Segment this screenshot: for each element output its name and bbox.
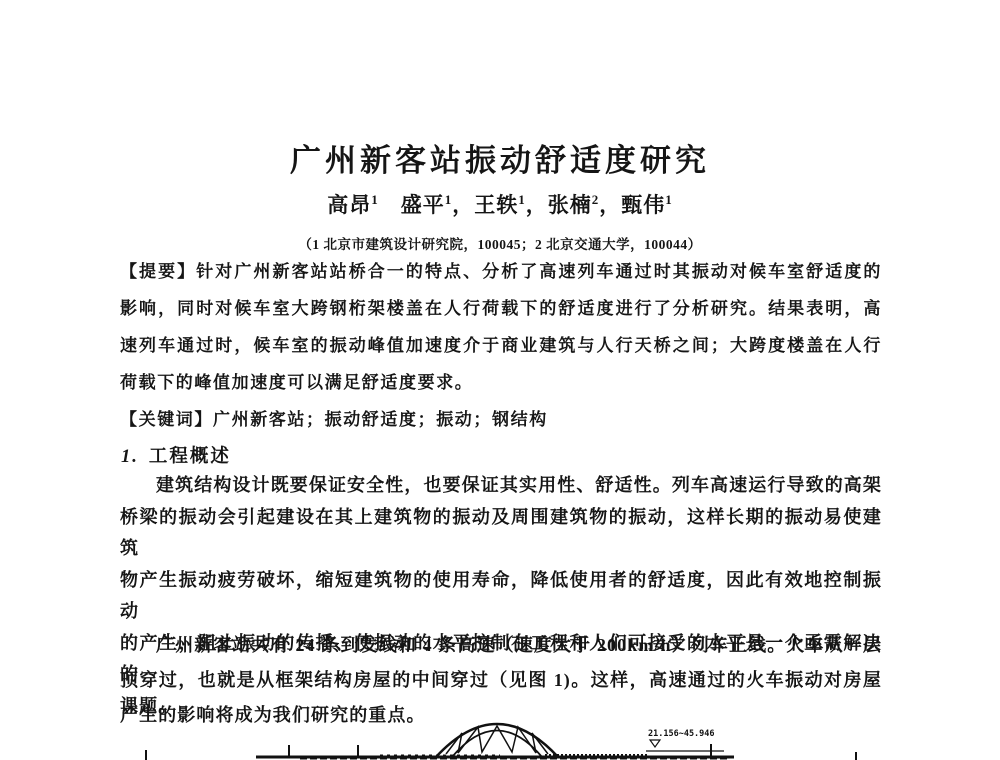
elevation-triangle-icon [650, 740, 660, 747]
abstract-line: 影响，同时对候车室大跨钢桁架楼盖在人行荷载下的舒适度进行了分析研究。结果表明，高 [120, 290, 882, 327]
author-superscript: 1 [371, 192, 379, 207]
abstract-line: 荷载下的峰值加速度可以满足舒适度要求。 [120, 364, 882, 401]
author-separator: ， [526, 193, 548, 217]
scanned-paper-page: 广州新客站振动舒适度研究 高昂1 盛平1，王轶1，张楠2，甄伟1 （1 北京市建… [0, 0, 1000, 760]
keywords-line: 【关键词】广州新客站；振动舒适度；振动；钢结构 [120, 401, 882, 438]
paragraph-line: 顶穿过，也就是从框架结构房屋的中间穿过（见图 1)。这样，高速通过的火车振动对房… [120, 663, 882, 698]
author-superscript: 1 [518, 192, 526, 207]
author-superscript: 1 [665, 192, 673, 207]
authors-line: 高昂1 盛平1，王轶1，张楠2，甄伟1 [0, 189, 1000, 219]
author-name: 王轶 [474, 193, 518, 217]
author-name: 高昂 [327, 193, 371, 217]
abstract-line: 速列车通过时，候车室的振动峰值加速度介于商业建筑与人行天桥之间；大跨度楼盖在人行 [120, 327, 882, 364]
abstract-line: 【提要】针对广州新客站站桥合一的特点、分析了高速列车通过时其振动对候车室舒适度的 [120, 253, 882, 290]
section-number: 1. [121, 447, 139, 467]
author-name: 盛平 [401, 193, 445, 217]
section-title: 工程概述 [149, 447, 231, 467]
author-separator: ， [452, 193, 474, 217]
affiliation-line: （1 北京市建筑设计研究院，100045；2 北京交通大学，100044） [0, 233, 1000, 253]
arch-truss-top-chord [436, 724, 558, 757]
paragraph-line: 广州新客站共有 24 条到发线和 4 条高速（速度大于 200km/h）列车正线… [120, 628, 882, 663]
author-separator [379, 193, 401, 217]
author-name: 甄伟 [621, 193, 665, 217]
paragraph-line: 建筑结构设计既要保证安全性，也要保证其实用性、舒适性。列车高速运行导致的高架 [120, 470, 882, 502]
paragraph-line: 桥梁的振动会引起建设在其上建筑物的振动及周围建筑物的振动，这样长期的振动易使建筑 [120, 502, 882, 565]
abstract-block: 【提要】针对广州新客站站桥合一的特点、分析了高速列车通过时其振动对候车室舒适度的… [120, 253, 882, 438]
station-section-drawing: 21.156~45.946 [0, 718, 1000, 760]
page-title: 广州新客站振动舒适度研究 [0, 135, 1000, 180]
paragraph-line: 物产生振动疲劳破坏，缩短建筑物的使用寿命，降低使用者的舒适度，因此有效地控制振动 [120, 565, 882, 628]
author-name: 张楠 [548, 193, 592, 217]
elevation-label: 21.156~45.946 [648, 729, 715, 739]
author-separator: ， [599, 193, 621, 217]
figure-1-station-section: 21.156~45.946 [0, 718, 1000, 760]
section-1-heading: 1.工程概述 [121, 442, 231, 468]
